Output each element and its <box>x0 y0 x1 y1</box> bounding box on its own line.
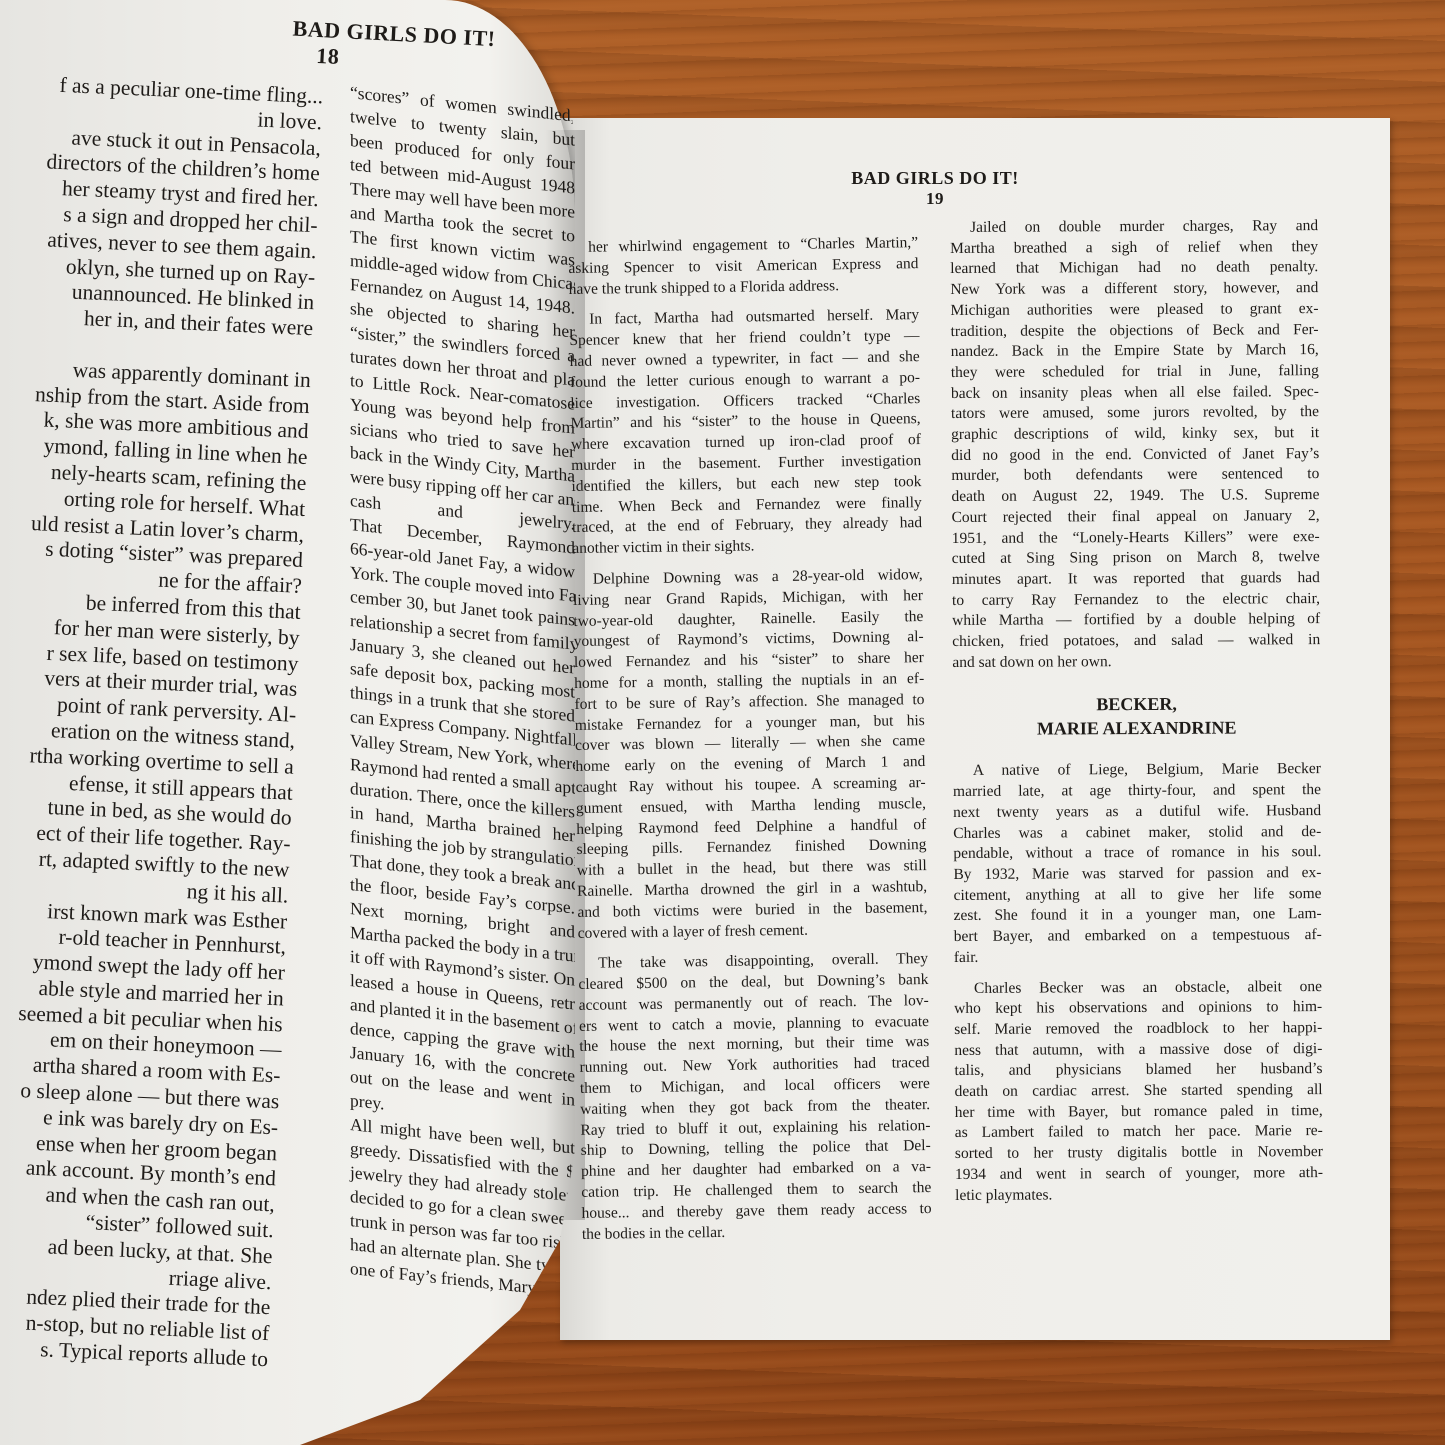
text-line: fair. <box>954 946 1322 969</box>
text-line: citement, anything at all to give her li… <box>953 884 1321 907</box>
text-line: Michigan authorities were pleased to gra… <box>950 299 1318 322</box>
text-line: graphic descriptions of wild, kinky sex,… <box>951 423 1319 446</box>
section-heading-line-2: MARIE ALEXANDRINE <box>953 716 1321 742</box>
page-19-left-column: her whirlwind engagement to “Charles Mar… <box>568 233 932 1245</box>
text-line: Court rejected their final appeal on Jan… <box>952 506 1320 529</box>
text-line: back on insanity pleas when all else fai… <box>951 382 1319 405</box>
text-line: her time with Bayer, but romance paled i… <box>955 1101 1323 1124</box>
text-line: to carry Ray Fernandez to the electric c… <box>952 589 1320 612</box>
text-line: self. Marie removed the roadblock to her… <box>954 1018 1322 1041</box>
text-line: talis, and physicians blamed her husband… <box>954 1059 1322 1082</box>
text-line: and sat down on her own. <box>952 651 1320 674</box>
text-line: zest. She found it in a younger man, one… <box>954 904 1322 927</box>
paragraph: Delphine Downing was a 28-year-old widow… <box>573 565 928 944</box>
text-line: as Lambert failed to match her pace. Mar… <box>955 1121 1323 1144</box>
text-line: 1951, and the “Lonely-Hearts Killers” we… <box>952 527 1320 550</box>
text-line: death on August 22, 1949. The U.S. Supre… <box>951 485 1319 508</box>
section-heading-line-1: BECKER, <box>952 692 1320 718</box>
page-number-19: 19 <box>840 189 1030 209</box>
paragraph: A native of Liege, Belgium, Marie Becker… <box>953 760 1322 969</box>
text-line: tradition, despite the objections of Bec… <box>951 320 1319 343</box>
paragraph: Charles Becker was an obstacle, albeit o… <box>954 977 1323 1207</box>
page-18-inner-column: “scores” of women swindled,twelve to twe… <box>350 80 575 1304</box>
text-line: New York was a different story, however,… <box>950 278 1318 301</box>
text-line: ness that autumn, with a massive dose of… <box>954 1039 1322 1062</box>
text-line: next twenty years as a dutiful wife. Hus… <box>953 801 1321 824</box>
becker-entry-text: A native of Liege, Belgium, Marie Becker… <box>953 760 1323 1207</box>
text-line: letic playmates. <box>955 1184 1323 1207</box>
paragraph: Jailed on double murder charges, Ray and… <box>950 216 1320 673</box>
text-line: Charles Becker was an obstacle, albeit o… <box>954 977 1322 1000</box>
running-head-page-19: BAD GIRLS DO IT! 19 <box>840 168 1030 209</box>
text-line: 1934 and went in search of younger, more… <box>955 1163 1323 1186</box>
text-line: learned that Michigan had no death penal… <box>950 257 1318 280</box>
text-line: while Martha — fortified by a double hel… <box>952 609 1320 632</box>
text-line: did no good in the end. Convicted of Jan… <box>951 444 1319 467</box>
text-line: Charles was a cabinet maker, stolid and … <box>953 822 1321 845</box>
text-line: Jailed on double murder charges, Ray and <box>950 216 1318 239</box>
paragraph: her whirlwind engagement to “Charles Mar… <box>568 233 919 300</box>
text-line: minutes apart. It was reported that guar… <box>952 568 1320 591</box>
paragraph: The take was disappointing, overall. The… <box>578 949 932 1245</box>
section-heading-becker: BECKER, MARIE ALEXANDRINE <box>952 692 1320 742</box>
text-line: A native of Liege, Belgium, Marie Becker <box>953 760 1321 783</box>
text-line: they were scheduled for trial in June, f… <box>951 361 1319 384</box>
text-line: tators were amused, some jurors revolted… <box>951 402 1319 425</box>
paragraph: In fact, Martha had outsmarted herself. … <box>569 305 922 559</box>
text-line: Martha breathed a sigh of relief when th… <box>950 237 1318 260</box>
text-line: bert Bayer, and embarked on a tempestuou… <box>954 925 1322 948</box>
text-line: chicken, fried potatoes, and salad — wal… <box>952 630 1320 653</box>
text-line: By 1932, Marie was starved for passion a… <box>953 863 1321 886</box>
text-line: who kept his observations and opinions t… <box>954 997 1322 1020</box>
text-line: nandez. Back in the Empire State by Marc… <box>951 340 1319 363</box>
text-line: pendable, without a trace of romance in … <box>953 842 1321 865</box>
page-19-right-column: Jailed on double murder charges, Ray and… <box>950 216 1323 1206</box>
running-head-title: BAD GIRLS DO IT! <box>851 168 1019 188</box>
text-line: murder, both defendants were sentenced t… <box>951 465 1319 488</box>
page-18-outer-column: f as a peculiar one-time fling...in love… <box>0 70 324 1373</box>
text-line: death on cardiac arrest. She started spe… <box>955 1080 1323 1103</box>
book-page-18: BAD GIRLS DO IT! 18 f as a peculiar one-… <box>0 0 575 1445</box>
text-line: sorted to her trusty digitalis bottle in… <box>955 1142 1323 1165</box>
text-line: cuted at Sing Sing prison on March 8, tw… <box>952 547 1320 570</box>
text-line: married late, at age thirty-four, and sp… <box>953 780 1321 803</box>
lonely-hearts-conclusion-text: Jailed on double murder charges, Ray and… <box>950 216 1320 673</box>
